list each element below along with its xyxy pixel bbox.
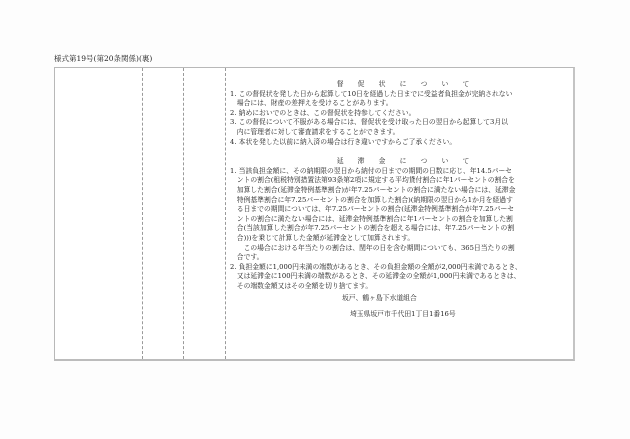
- late-fee-line: 加算した割合(延滞金特例基準割合)が年7.25パーセントの割合に満たない場合には…: [230, 186, 570, 196]
- section-heading-dunning: 督 促 状 に つ い て: [242, 80, 570, 90]
- column-divider: [142, 68, 143, 359]
- late-fee-line: 合)))を乗じて計算した金額が延滞金として加算されます。: [230, 234, 570, 244]
- dunning-line: 4. 本状を発した以前に納入済の場合は行き違いですからご了承ください。: [230, 138, 570, 148]
- late-fee-line: る日までの期間については、年7.25パーセントの割合(延滞金特例基準割合が年7.…: [230, 205, 570, 215]
- late-fee-line: 2. 負担金額に1,000円未満の端数があるとき、その負担金額の全額が2,000…: [230, 263, 570, 273]
- late-fee-line: その端数金額又はその全額を切り捨てます。: [230, 282, 570, 292]
- late-fee-line: ントの割合(租税特別措置法第93条第2項に規定する平均貸付割合に年1パーセントの…: [230, 176, 570, 186]
- dunning-line: 1. この督促状を発した日から起算して10日を経過した日までに受益者負担金が完納…: [230, 90, 570, 100]
- late-fee-line: 1. 当該負担金額に、その納期限の翌日から納付の日までの期間の日数に応じ、年14…: [230, 167, 570, 177]
- column-divider: [183, 68, 184, 359]
- late-fee-line: 又は延滞金に100円未満の端数があるとき、その延滞金の全額が1,000円未満であ…: [230, 272, 570, 282]
- late-fee-line: この場合における年当たりの割合は、閏年の日を含む期間についても、365日当たりの…: [230, 244, 570, 254]
- column-divider: [225, 68, 226, 359]
- section-heading-late-fee: 延 滞 金 に つ い て: [242, 157, 570, 167]
- dunning-line: 3. この督促について不服がある場合には、督促状を受け取った日の翌日から起算して…: [230, 118, 570, 128]
- late-fee-line: 特例基準割合に年7.25パーセントの割合を加算した割合)(納期限の翌日から1か月…: [230, 196, 570, 206]
- issuer-address: 埼玉県坂戸市千代田1丁目1番16号: [230, 310, 570, 320]
- notice-content: 督 促 状 に つ い て 1. この督促状を発した日から起算して10日を経過し…: [230, 80, 570, 320]
- late-fee-line: 合(当該加算した割合が年7.25パーセントの割合を超える場合には、年7.25パー…: [230, 224, 570, 234]
- late-fee-line: 合です。: [230, 253, 570, 263]
- dunning-line: 場合には、財産の差押えを受けることがあります。: [230, 99, 570, 109]
- form-number-label: 様式第19号(第20条関係)(裏): [54, 53, 152, 64]
- dunning-line: 内に管理者に対して審査請求をすることができます。: [230, 128, 570, 138]
- late-fee-line: ントの割合に満たない場合には、延滞金特例基準割合に年1パーセントの割合を加算した…: [230, 215, 570, 225]
- dunning-line: 2. 納めにおいでのときは、この督促状を持参してください。: [230, 109, 570, 119]
- issuer-organization: 坂戸、鶴ヶ島下水道組合: [230, 294, 570, 304]
